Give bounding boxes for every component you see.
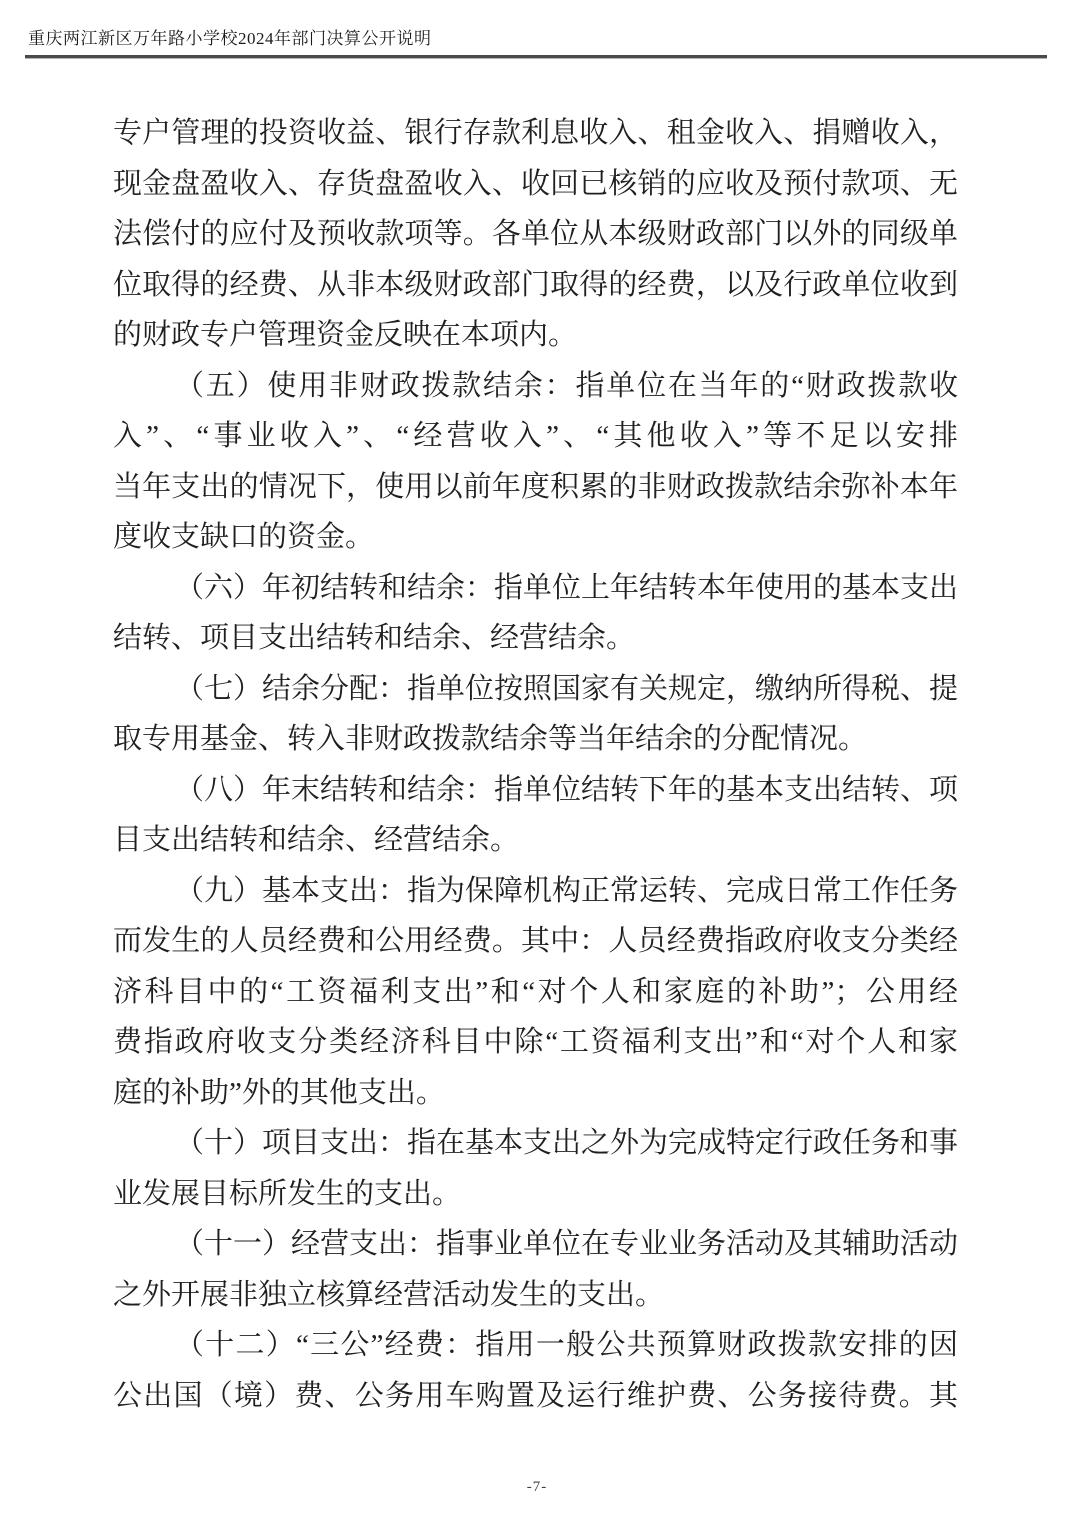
header-title: 重庆两江新区万年路小学校2024年部门决算公开说明 xyxy=(28,28,1047,50)
text-line: 专户管理的投资收益、银行存款利息收入、租金收入、捐赠收入， xyxy=(113,108,958,159)
text-line: 现金盘盈收入、存货盘盈收入、收回已核销的应收及预付款项、无 xyxy=(113,159,958,210)
text-line: 入”、“事业收入”、“经营收入”、“其他收入”等不足以安排 xyxy=(113,411,958,462)
text-line: 位取得的经费、从非本级财政部门取得的经费，以及行政单位收到 xyxy=(113,260,958,311)
page-number: -7- xyxy=(527,1479,548,1495)
text-line: 庭的补助”外的其他支出。 xyxy=(113,1068,958,1119)
text-line: （五）使用非财政拨款结余：指单位在当年的“财政拨款收 xyxy=(113,361,958,412)
text-line: 法偿付的应付及预收款项等。各单位从本级财政部门以外的同级单 xyxy=(113,209,958,260)
text-line: 结转、项目支出结转和结余、经营结余。 xyxy=(113,613,958,664)
text-line: （十二）“三公”经费：指用一般公共预算财政拨款安排的因 xyxy=(113,1320,958,1371)
text-line: （九）基本支出：指为保障机构正常运转、完成日常工作任务 xyxy=(113,866,958,917)
text-line: 当年支出的情况下，使用以前年度积累的非财政拨款结余弥补本年 xyxy=(113,462,958,513)
text-line: 业发展目标所发生的支出。 xyxy=(113,1169,958,1220)
text-line: 取专用基金、转入非财政拨款结余等当年结余的分配情况。 xyxy=(113,714,958,765)
header-rule xyxy=(25,55,1047,59)
text-line: （七）结余分配：指单位按照国家有关规定，缴纳所得税、提 xyxy=(113,664,958,715)
header-rule-thin-line xyxy=(25,58,1047,59)
text-line: 之外开展非独立核算经营活动发生的支出。 xyxy=(113,1270,958,1321)
document-body: 专户管理的投资收益、银行存款利息收入、租金收入、捐赠收入，现金盘盈收入、存货盘盈… xyxy=(113,108,958,1421)
page-header: 重庆两江新区万年路小学校2024年部门决算公开说明 xyxy=(28,28,1047,50)
text-line: （六）年初结转和结余：指单位上年结转本年使用的基本支出 xyxy=(113,563,958,614)
text-line: 公出国（境）费、公务用车购置及运行维护费、公务接待费。其 xyxy=(113,1371,958,1422)
page-footer: -7- xyxy=(0,1478,1074,1496)
text-line: 度收支缺口的资金。 xyxy=(113,512,958,563)
text-line: 费指政府收支分类经济科目中除“工资福利支出”和“对个人和家 xyxy=(113,1017,958,1068)
text-line: 而发生的人员经费和公用经费。其中：人员经费指政府收支分类经 xyxy=(113,916,958,967)
document-page: 重庆两江新区万年路小学校2024年部门决算公开说明 专户管理的投资收益、银行存款… xyxy=(0,0,1074,1520)
text-line: （十一）经营支出：指事业单位在专业业务活动及其辅助活动 xyxy=(113,1219,958,1270)
text-line: 济科目中的“工资福利支出”和“对个人和家庭的补助”；公用经 xyxy=(113,967,958,1018)
text-line: （十）项目支出：指在基本支出之外为完成特定行政任务和事 xyxy=(113,1118,958,1169)
text-line: 的财政专户管理资金反映在本项内。 xyxy=(113,310,958,361)
text-line: 目支出结转和结余、经营结余。 xyxy=(113,815,958,866)
text-line: （八）年末结转和结余：指单位结转下年的基本支出结转、项 xyxy=(113,765,958,816)
